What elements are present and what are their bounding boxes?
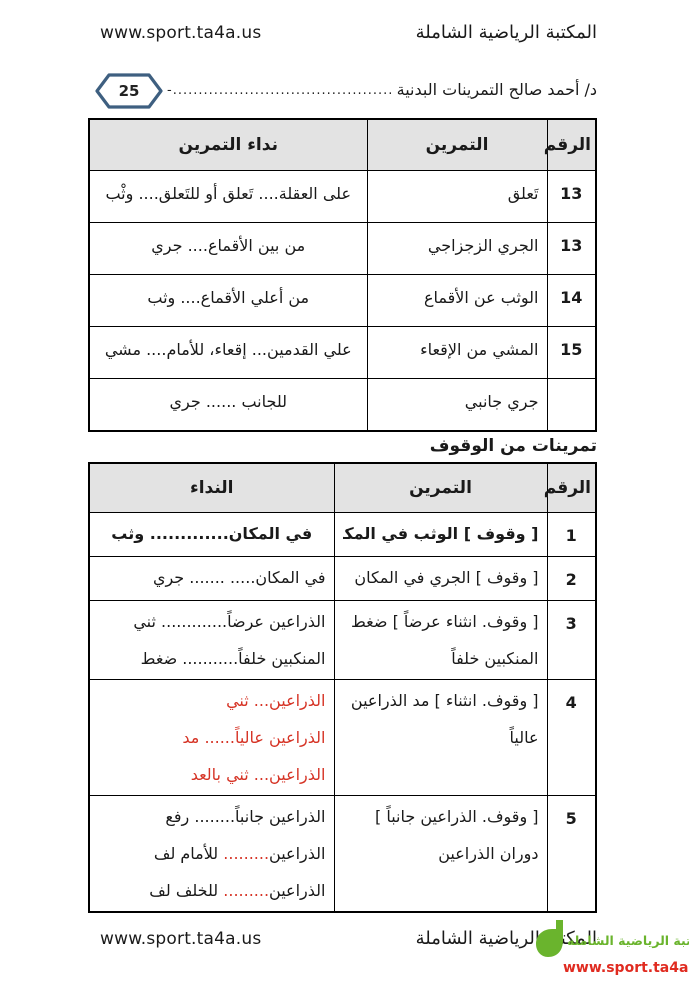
table-row: 13تَعلقعلى العقلة.... تَعلق أو للتَعلق..… (89, 171, 596, 223)
cell-line: الذراعين عرضاً............. ثني (98, 603, 326, 640)
table-cell: المشي من الإقعاء (367, 327, 547, 379)
table-row: 1[ وقوف ] الوثب في المكانفي المكان......… (89, 513, 596, 557)
table-cell: تَعلق (367, 171, 547, 223)
table-row: 15المشي من الإقعاءعلي القدمين... إقعاء، … (89, 327, 596, 379)
row-number-cell: 13 (547, 171, 596, 223)
logo-url: www.sport.ta4a.us (563, 960, 689, 976)
cell-line: من بين الأقماع.... جري (98, 231, 359, 261)
leader-dots: -.......................................… (167, 73, 393, 109)
cell-line: الذراعين جانباً........ رفع (98, 798, 326, 835)
column-header: النداء (89, 463, 334, 513)
cell-line: عالياً (343, 719, 539, 756)
table-cell: علي القدمين... إقعاء، للأمام.... مشي (89, 327, 367, 379)
cell-line: [ وقوف. الذراعين جانباً ] (343, 798, 539, 835)
table-row: جري جانبيللجانب ...... جري (89, 379, 596, 431)
row-number-cell (547, 379, 596, 431)
table-cell: الوثب عن الأقماع (367, 275, 547, 327)
table-cell: في المكان..... ....... جري (89, 557, 334, 601)
cell-line: من أعلي الأقماع.... وثب (98, 283, 359, 313)
table-row: 2[ وقوف ] الجري في المكانفي المكان..... … (89, 557, 596, 601)
cell-line: [ وقوف. انثناء عرضاً ] ضغط (343, 603, 539, 640)
cell-line: 1 (556, 517, 588, 554)
table-cell: على العقلة.... تَعلق أو للتَعلق.... وثْب (89, 171, 367, 223)
cell-line: الجري الزجزاجي (376, 231, 539, 261)
header-site-url: www.sport.ta4a.us (100, 23, 261, 43)
header-library-title: المكتبة الرياضية الشاملة (416, 22, 597, 43)
cell-line: في المكان............. وثب (98, 515, 326, 552)
logo-title: المكتبة الرياضية الشاملة (567, 933, 689, 948)
cell-line: الذراعين عالياً...... مد (98, 719, 326, 756)
table-row: 13الجري الزجزاجيمن بين الأقماع.... جري (89, 223, 596, 275)
table-row: 4[ وقوف. انثناء ] مد الذراعينعالياًالذرا… (89, 680, 596, 796)
column-header: التمرين (367, 119, 547, 171)
table-row: 5[ وقوف. الذراعين جانباً ]دوران الذراعين… (89, 796, 596, 913)
column-header: الرقم (547, 463, 596, 513)
cell-line: 14 (556, 283, 588, 313)
cell-line: المنكبين خلفاً (343, 640, 539, 677)
column-header: نداء التمرين (89, 119, 367, 171)
page-number-hexagon: 25 (95, 73, 163, 109)
table-cell: [ وقوف ] الوثب في المكان (334, 513, 547, 557)
table-cell: [ وقوف. انثناء ] مد الذراعينعالياً (334, 680, 547, 796)
table-cell: للجانب ...... جري (89, 379, 367, 431)
hanging-exercises-table: الرقمالتمريننداء التمرين13تَعلقعلى العقل… (88, 118, 597, 432)
table-cell: [ وقوف. الذراعين جانباً ]دوران الذراعين (334, 796, 547, 913)
column-header: الرقم (547, 119, 596, 171)
row-number-cell: 4 (547, 680, 596, 796)
cell-line: المنكبين خلفاً........... ضغط (98, 640, 326, 677)
cell-line: 13 (556, 231, 588, 261)
header-row: الرقمالتمرينالنداء (89, 463, 596, 513)
table-cell: الذراعين عرضاً............. ثنيالمنكبين … (89, 601, 334, 680)
table-row: 3[ وقوف. انثناء عرضاً ] ضغطالمنكبين خلفا… (89, 601, 596, 680)
row-number-cell: 14 (547, 275, 596, 327)
row-number-cell: 13 (547, 223, 596, 275)
cell-line: المشي من الإقعاء (376, 335, 539, 365)
table-row: 14الوثب عن الأقماعمن أعلي الأقماع.... وث… (89, 275, 596, 327)
section-title: تمرينات من الوقوف (430, 436, 597, 456)
cell-line: الذراعين... ثني بالعد (98, 756, 326, 793)
page-header: www.sport.ta4a.us المكتبة الرياضية الشام… (100, 22, 597, 43)
table-cell: الجري الزجزاجي (367, 223, 547, 275)
table-cell: [ وقوف ] الجري في المكان (334, 557, 547, 601)
header-row: الرقمالتمريننداء التمرين (89, 119, 596, 171)
cell-line: الذراعين......... للخلف لف (98, 872, 326, 909)
cell-line: في المكان..... ....... جري (98, 559, 326, 596)
cell-line: 2 (556, 561, 588, 598)
watermark-logo: المكتبة الرياضية الشاملة www.sport.ta4a.… (535, 918, 685, 976)
page-reference-row: 25 -....................................… (95, 72, 597, 110)
standing-exercises-table: الرقمالتمرينالنداء1[ وقوف ] الوثب في الم… (88, 462, 597, 913)
cell-line: [ وقوف. انثناء ] مد الذراعين (343, 682, 539, 719)
logo-blob-icon (535, 918, 565, 962)
logo-top-row: المكتبة الرياضية الشاملة (535, 918, 689, 962)
column-header: التمرين (334, 463, 547, 513)
cell-line: الذراعين... ثني (98, 682, 326, 719)
footer-site-url: www.sport.ta4a.us (100, 929, 261, 949)
row-number-cell: 2 (547, 557, 596, 601)
cell-line: دوران الذراعين (343, 835, 539, 872)
table-cell: الذراعين... ثنيالذراعين عالياً...... مدا… (89, 680, 334, 796)
hanging-exercises-table: الرقمالتمريننداء التمرين13تَعلقعلى العقل… (90, 118, 597, 432)
cell-line: 4 (556, 684, 588, 721)
cell-line: علي القدمين... إقعاء، للأمام.... مشي (98, 335, 359, 365)
cell-line: على العقلة.... تَعلق أو للتَعلق.... وثْب (98, 179, 359, 209)
cell-line: الذراعين......... للأمام لف (98, 835, 326, 872)
cell-line: للجانب ...... جري (98, 387, 359, 417)
page-footer: www.sport.ta4a.us المكتبة الرياضية الشام… (100, 928, 597, 949)
document-page: { "header": { "site_url": "www.sport.ta4… (0, 0, 689, 984)
table-cell: من أعلي الأقماع.... وثب (89, 275, 367, 327)
cell-line: [ وقوف ] الجري في المكان (343, 559, 539, 596)
cell-line: 5 (556, 800, 588, 837)
row-number-cell: 15 (547, 327, 596, 379)
table-cell: من بين الأقماع.... جري (89, 223, 367, 275)
row-number-cell: 3 (547, 601, 596, 680)
table-cell: [ وقوف. انثناء عرضاً ] ضغطالمنكبين خلفاً (334, 601, 547, 680)
cell-line: الوثب عن الأقماع (376, 283, 539, 313)
author-line: د/ أحمد صالح التمرينات البدنية (397, 80, 597, 103)
cell-line: جري جانبي (376, 387, 539, 417)
cell-line: 15 (556, 335, 588, 365)
cell-line: 3 (556, 605, 588, 642)
cell-line: 13 (556, 179, 588, 209)
table-cell: في المكان............. وثب (89, 513, 334, 557)
cell-line: تَعلق (376, 179, 539, 209)
table-cell: الذراعين جانباً........ رفعالذراعين.....… (89, 796, 334, 913)
row-number-cell: 1 (547, 513, 596, 557)
page-number: 25 (95, 73, 163, 109)
standing-exercises-table: الرقمالتمرينالنداء1[ وقوف ] الوثب في الم… (90, 462, 597, 913)
table-cell: جري جانبي (367, 379, 547, 431)
cell-line: [ وقوف ] الوثب في المكان (343, 515, 539, 552)
row-number-cell: 5 (547, 796, 596, 913)
